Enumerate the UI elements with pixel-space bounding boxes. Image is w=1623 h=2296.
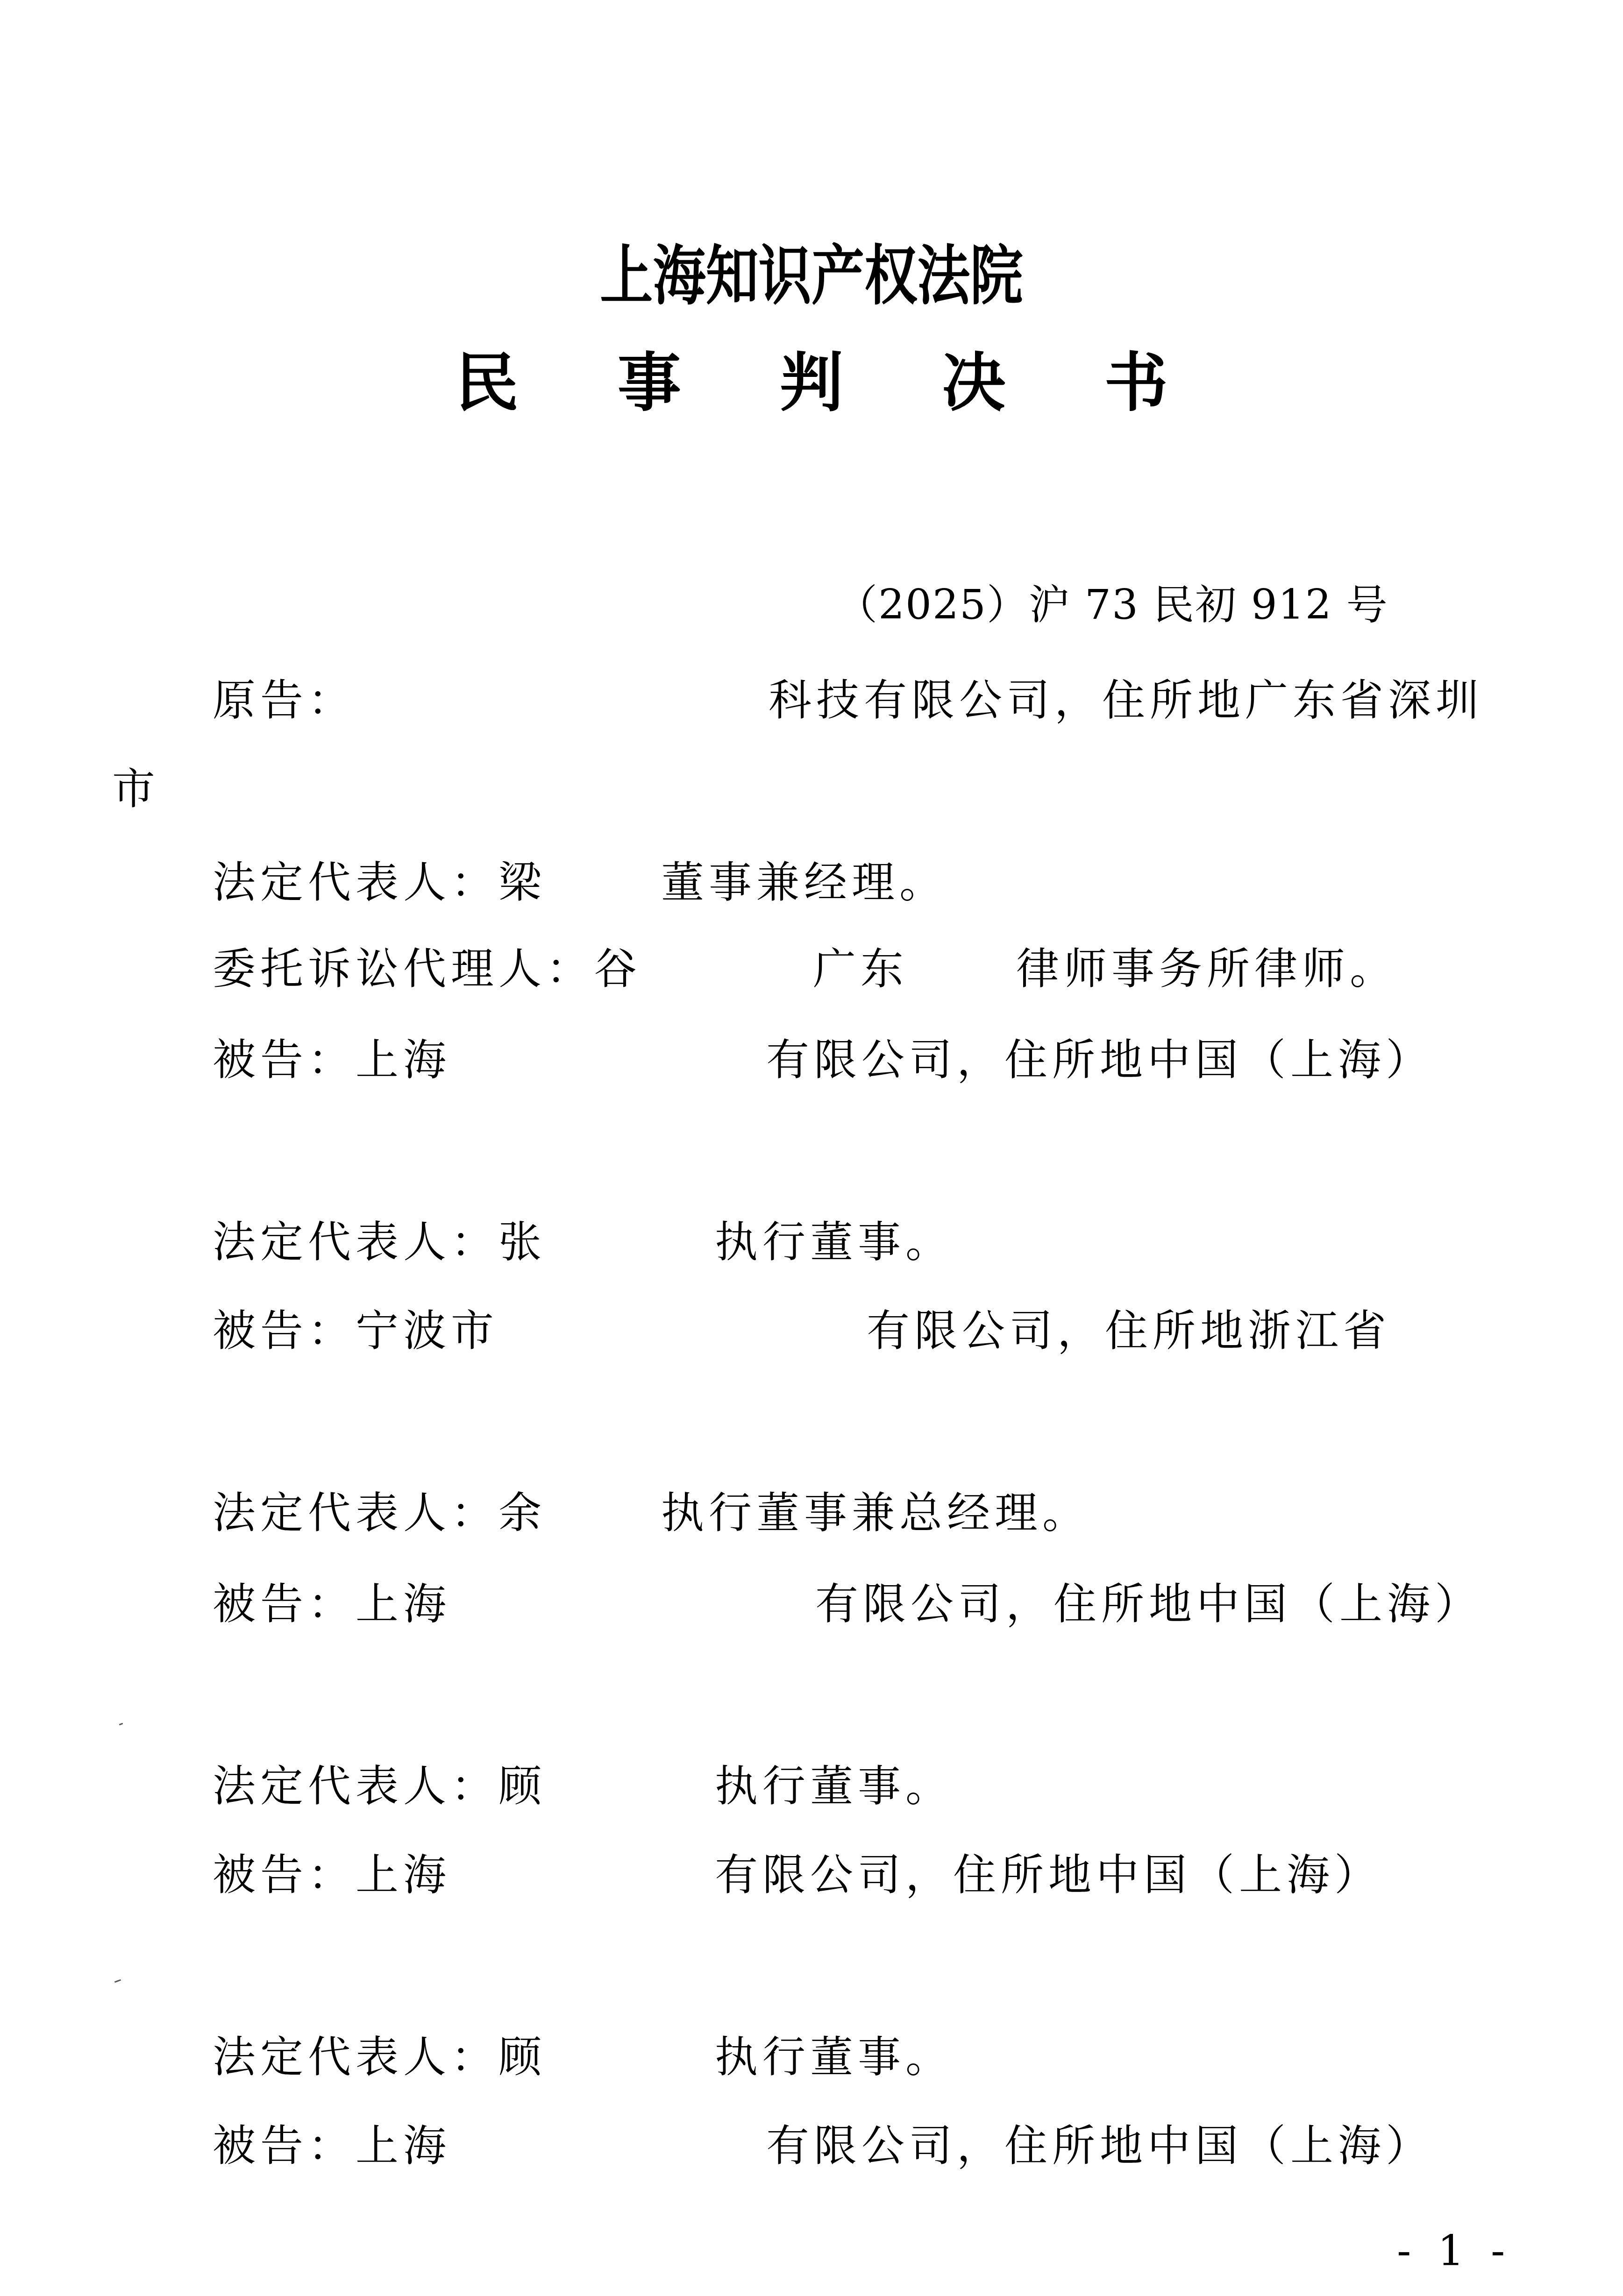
page-number: - 1 -	[1397, 2223, 1511, 2279]
defendant-5-line: 被告：上海 有限公司，住所地中国（上海）	[213, 2118, 1567, 2174]
document-type-title: 民 事 判 决 书	[0, 341, 1623, 425]
defendant-name-suffix: 有限公司，住所地浙江省	[867, 1303, 1391, 1359]
legal-rep-title: 董事兼经理。	[661, 855, 947, 911]
defendant-name-suffix: 有限公司，住所地中国（上海）	[766, 1032, 1433, 1088]
legal-rep-title: 执行董事。	[715, 1214, 953, 1270]
legal-rep-label: 法定代表人：顾	[213, 1758, 546, 1814]
defendant-3-legal-rep-line: 法定代表人：顾 执行董事。	[213, 1758, 1567, 1814]
legal-rep-label: 法定代表人：张	[213, 1214, 546, 1270]
defendant-label: 被告：上海	[213, 1032, 451, 1088]
defendant-label: 被告：宁波市	[213, 1303, 498, 1359]
defendant-name-suffix: 有限公司，住所地中国（上海）	[815, 1576, 1482, 1632]
legal-rep-title: 执行董事。	[715, 2029, 953, 2085]
court-name: 上海知识产权法院	[146, 234, 1477, 318]
case-number: （2025）沪 73 民初 912 号	[836, 577, 1388, 633]
legal-rep-label: 法定代表人：余	[213, 1485, 546, 1541]
agent-firm-suffix: 律师事务所律师。	[1016, 941, 1397, 997]
legal-rep-label: 法定代表人：梁	[213, 855, 546, 911]
defendant-label: 被告：上海	[213, 1847, 451, 1903]
defendant-name-suffix: 有限公司，住所地中国（上海）	[766, 2118, 1433, 2174]
defendant-1-line: 被告：上海 有限公司，住所地中国（上海）	[213, 1032, 1567, 1088]
plaintiff-line: 原告： 科技有限公司，住所地广东省深圳	[213, 673, 1567, 729]
defendant-4-legal-rep-line: 法定代表人：顾 执行董事。	[213, 2029, 1567, 2085]
defendant-label: 被告：上海	[213, 1576, 451, 1632]
defendant-3-line: 被告：上海 有限公司，住所地中国（上海）	[213, 1576, 1567, 1632]
plaintiff-label: 原告：	[213, 673, 356, 729]
defendant-1-legal-rep-line: 法定代表人：张 执行董事。	[213, 1214, 1567, 1270]
plaintiff-legal-rep-line: 法定代表人：梁 董事兼经理。	[213, 855, 1567, 911]
legal-rep-title: 执行董事。	[715, 1758, 953, 1814]
scan-artifact	[114, 1979, 121, 1983]
legal-rep-label: 法定代表人：顾	[213, 2029, 546, 2085]
defendant-2-line: 被告：宁波市 有限公司，住所地浙江省	[213, 1303, 1567, 1359]
plaintiff-name-suffix: 科技有限公司，住所地广东省深圳	[769, 673, 1483, 729]
defendant-label: 被告：上海	[213, 2118, 451, 2174]
scan-artifact	[119, 1723, 123, 1726]
agent-label: 委托诉讼代理人：谷	[213, 941, 641, 997]
agent-firm-prefix: 广东	[813, 941, 908, 997]
defendant-4-line: 被告：上海 有限公司，住所地中国（上海）	[213, 1847, 1567, 1903]
judgment-page: 上海知识产权法院 民 事 判 决 书 （2025）沪 73 民初 912 号 原…	[0, 0, 1623, 2296]
agent-line: 委托诉讼代理人：谷 广东 律师事务所律师。	[213, 941, 1567, 997]
plaintiff-address-continuation: 市	[112, 761, 160, 817]
defendant-2-legal-rep-line: 法定代表人：余 执行董事兼总经理。	[213, 1485, 1567, 1541]
defendant-name-suffix: 有限公司，住所地中国（上海）	[715, 1847, 1382, 1903]
legal-rep-title: 执行董事兼总经理。	[661, 1485, 1090, 1541]
